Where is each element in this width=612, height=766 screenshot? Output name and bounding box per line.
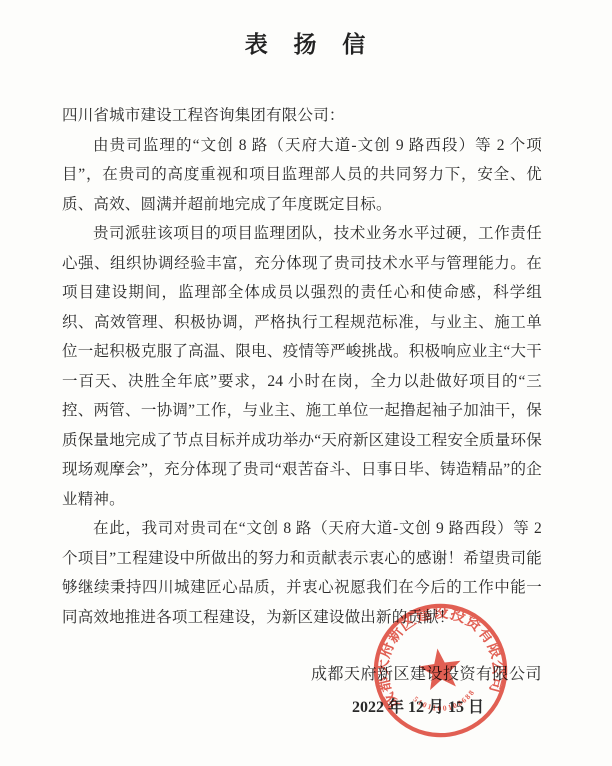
signature-company: 成都天府新区建设投资有限公司 xyxy=(0,664,542,686)
paragraph-3: 在此，我司对贵司在“文创 8 路（天府大道-文创 9 路西段）等 2 个项目”工… xyxy=(62,514,542,632)
salutation: 四川省城市建设工程咨询集团有限公司： xyxy=(62,101,542,131)
signature-block: 成都天府新区建设投资有限公司 2022 年 12 月 15 日 xyxy=(0,664,612,719)
paragraph-2: 贵司派驻该项目的项目监理团队，技术业务水平过硬，工作责任心强、组织协调经验丰富，… xyxy=(62,219,542,514)
letter-page: 表 扬 信 四川省城市建设工程咨询集团有限公司： 由贵司监理的“文创 8 路（天… xyxy=(0,0,612,766)
paragraph-1: 由贵司监理的“文创 8 路（天府大道-文创 9 路西段）等 2 个项目”，在贵司… xyxy=(62,131,542,220)
letter-body: 四川省城市建设工程咨询集团有限公司： 由贵司监理的“文创 8 路（天府大道-文创… xyxy=(62,101,542,632)
signature-date: 2022 年 12 月 15 日 xyxy=(0,697,484,719)
letter-title: 表 扬 信 xyxy=(0,0,612,59)
